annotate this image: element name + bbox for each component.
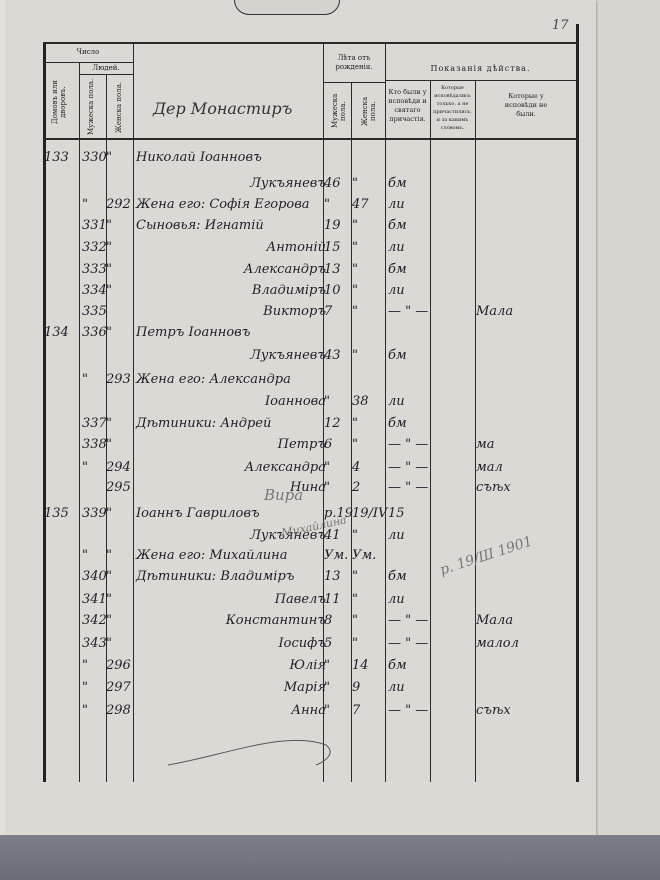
- row-status: бм: [388, 262, 407, 277]
- row-female-no: ": [106, 416, 112, 431]
- row-age-f: ": [352, 528, 358, 543]
- row-name: Іосифъ: [136, 636, 326, 651]
- row-name: Іоаннъ Гавриловъ: [136, 506, 326, 521]
- col-line-1: [79, 62, 80, 782]
- row-house: 133: [44, 150, 69, 165]
- header-bottom-rule: [43, 138, 579, 140]
- row-age-m: 46: [324, 176, 341, 191]
- row-age-f: Ум.: [352, 548, 376, 563]
- rule-chislo: [43, 62, 133, 63]
- row-female-no: 294: [106, 460, 131, 475]
- row-age-m: 12: [324, 416, 341, 431]
- rule-leta: [323, 82, 385, 83]
- row-female-no: ": [106, 218, 112, 233]
- row-name: Викторъ: [136, 304, 326, 319]
- row-note: мал: [476, 460, 503, 475]
- row-status: — " —: [388, 437, 428, 452]
- row-status: — " —: [388, 460, 428, 475]
- row-age-f: ": [352, 416, 358, 431]
- row-age-m: 43: [324, 348, 341, 363]
- row-male-no: 339: [82, 506, 107, 521]
- row-age-m: 6: [324, 437, 332, 452]
- row-name: Антоній: [136, 240, 326, 255]
- row-name: Жена его: Софія Егорова: [136, 197, 326, 212]
- row-age-m: ": [324, 197, 330, 212]
- row-age-f: 2: [352, 480, 360, 495]
- row-status: бм: [388, 348, 407, 363]
- row-male-no: ": [82, 548, 88, 563]
- col-line-6: [385, 42, 386, 782]
- row-note: Мала: [476, 304, 513, 319]
- header-dom-dvor: Домовъ или дворовъ.: [51, 68, 73, 136]
- row-female-no: ": [106, 569, 112, 584]
- header-liudei: Людей.: [79, 64, 133, 73]
- row-status: бм: [388, 658, 407, 673]
- row-name: Іоаннова: [136, 394, 326, 409]
- row-name: Павелъ: [136, 592, 326, 607]
- header-chislo: Число: [43, 48, 133, 57]
- row-age-f: 47: [352, 197, 369, 212]
- row-status: бм: [388, 218, 407, 233]
- row-age-m: 19: [324, 218, 341, 233]
- row-status: ли: [388, 394, 405, 409]
- row-male-no: ": [82, 460, 88, 475]
- row-female-no: ": [106, 613, 112, 628]
- row-age-m: 13: [324, 569, 341, 584]
- row-name: Жена его: Александра: [136, 372, 326, 387]
- row-status: бм: [388, 569, 407, 584]
- row-age-m: 10: [324, 283, 341, 298]
- row-male-no: 332: [82, 240, 107, 255]
- row-name: Дѣтиники: Андрей: [136, 416, 326, 431]
- row-age-m: ": [324, 703, 330, 718]
- row-age-f: ": [352, 283, 358, 298]
- row-status: — " —: [388, 613, 428, 628]
- pencil-vira: Вира: [264, 486, 303, 504]
- row-male-no: 330: [82, 150, 107, 165]
- row-age-f: ": [352, 348, 358, 363]
- row-female-no: ": [106, 283, 112, 298]
- row-name: Дѣтиники: Владиміръ: [136, 569, 326, 584]
- row-male-no: ": [82, 658, 88, 673]
- row-age-m: ": [324, 394, 330, 409]
- row-female-no: ": [106, 592, 112, 607]
- row-male-no: 341: [82, 592, 107, 607]
- row-age-f: ": [352, 437, 358, 452]
- row-age-f: ": [352, 592, 358, 607]
- row-status: бм: [388, 176, 407, 191]
- row-status: — " —: [388, 703, 428, 718]
- row-age-f: 9: [352, 680, 360, 695]
- row-male-no: 340: [82, 569, 107, 584]
- row-age-f: ": [352, 569, 358, 584]
- header-col-bylo: Кто были у исповѣди и святаго причастія.: [386, 88, 429, 124]
- header-pokazania: Показанія дѣйства.: [385, 64, 576, 73]
- row-note: съѣх: [476, 480, 511, 495]
- row-name: Николай Іоанновъ: [136, 150, 326, 165]
- village-title: Дер Монастиръ: [153, 99, 292, 118]
- header-muzh: Мужеска пола.: [87, 78, 101, 136]
- header-col-ne: Которые у исповѣди не были.: [476, 92, 576, 119]
- row-note: съѣх: [476, 703, 511, 718]
- header-leta-muzh: Мужеска пола.: [331, 86, 345, 136]
- row-house: 135: [44, 506, 69, 521]
- row-female-no: 293: [106, 372, 131, 387]
- header-col-tolko: Которые исповѣдались только, а не причас…: [431, 84, 474, 132]
- row-status: ли: [388, 528, 405, 543]
- header-leta-zhen: Женска пола.: [361, 86, 375, 136]
- row-age-f: 38: [352, 394, 369, 409]
- row-note: ма: [476, 437, 495, 452]
- rule-pokazania: [385, 80, 576, 81]
- row-female-no: ": [106, 262, 112, 277]
- row-status: ли: [388, 240, 405, 255]
- row-name: Лукъяневъ: [136, 176, 326, 191]
- row-male-no: 335: [82, 304, 107, 319]
- row-male-no: 331: [82, 218, 107, 233]
- row-house: 134: [44, 325, 69, 340]
- row-female-no: ": [106, 240, 112, 255]
- row-age-f: ": [352, 240, 358, 255]
- row-note: Мала: [476, 613, 513, 628]
- row-age-m: ": [324, 658, 330, 673]
- row-status: бм: [388, 416, 407, 431]
- row-age-f: ": [352, 304, 358, 319]
- row-status: ли: [388, 680, 405, 695]
- row-male-no: 333: [82, 262, 107, 277]
- closing-flourish-icon: [166, 735, 336, 775]
- row-name: Александра: [136, 460, 326, 475]
- row-male-no: 336: [82, 325, 107, 340]
- row-age-f: ": [352, 176, 358, 191]
- row-name: Сыновья: Игнатій: [136, 218, 326, 233]
- row-name: Петръ: [136, 437, 326, 452]
- row-age-f: ": [352, 613, 358, 628]
- header-top-rule: [43, 42, 579, 44]
- row-female-no: 297: [106, 680, 131, 695]
- row-note: малол: [476, 636, 519, 651]
- row-name: Жена его: Михайлина: [136, 548, 326, 563]
- row-name: Константинъ: [136, 613, 326, 628]
- row-age-f: 7: [352, 703, 360, 718]
- row-status: — " —: [388, 480, 428, 495]
- row-age-m: ": [324, 460, 330, 475]
- row-age-m: 8: [324, 613, 332, 628]
- desk-surface: [0, 835, 660, 880]
- row-male-no: 334: [82, 283, 107, 298]
- row-name: Александръ: [136, 262, 326, 277]
- row-female-no: ": [106, 506, 112, 521]
- row-age-m: 7: [324, 304, 332, 319]
- row-male-no: ": [82, 372, 88, 387]
- row-male-no: 338: [82, 437, 107, 452]
- row-age-f: ": [352, 262, 358, 277]
- row-age-f: ": [352, 218, 358, 233]
- row-age-m: 5: [324, 636, 332, 651]
- row-name: Лукъяневъ: [136, 348, 326, 363]
- row-age-m: ": [324, 480, 330, 495]
- header-zhen: Женска пола.: [115, 78, 129, 136]
- row-age-m: ": [324, 680, 330, 695]
- row-age-m: 15: [324, 240, 341, 255]
- row-male-no: ": [82, 197, 88, 212]
- row-female-no: 296: [106, 658, 131, 673]
- row-age-f: 4: [352, 460, 360, 475]
- row-female-no: ": [106, 548, 112, 563]
- row-age-f: 19/IV: [352, 506, 387, 521]
- row-female-no: ": [106, 437, 112, 452]
- row-status: — " —: [388, 636, 428, 651]
- row-age-m: Ум.: [324, 548, 348, 563]
- row-female-no: ": [106, 150, 112, 165]
- row-name: Марія: [136, 680, 326, 695]
- register-page: 17 Число Людей. Домовъ или дворовъ. Муже…: [6, 0, 596, 846]
- row-age-f: ": [352, 636, 358, 651]
- row-name: Юлія: [136, 658, 326, 673]
- row-name: Анна: [136, 703, 326, 718]
- row-status: ли: [388, 283, 405, 298]
- row-female-no: ": [106, 325, 112, 340]
- row-age-f: 14: [352, 658, 369, 673]
- row-status: 15: [388, 506, 405, 521]
- row-male-no: ": [82, 680, 88, 695]
- row-name: Петръ Іоанновъ: [136, 325, 326, 340]
- col-line-3: [133, 42, 134, 782]
- row-female-no: 295: [106, 480, 131, 495]
- row-female-no: 292: [106, 197, 131, 212]
- col-line-7: [430, 80, 431, 782]
- col-line-8: [475, 80, 476, 782]
- row-male-no: 337: [82, 416, 107, 431]
- header-leta: Лѣта отъ рожденія.: [323, 54, 385, 72]
- row-female-no: 298: [106, 703, 131, 718]
- row-male-no: 343: [82, 636, 107, 651]
- row-status: ли: [388, 197, 405, 212]
- row-female-no: ": [106, 636, 112, 651]
- row-status: ли: [388, 592, 405, 607]
- row-name: Владиміръ: [136, 283, 326, 298]
- row-age-m: 13: [324, 262, 341, 277]
- row-male-no: ": [82, 703, 88, 718]
- row-status: — " —: [388, 304, 428, 319]
- row-male-no: 342: [82, 613, 107, 628]
- row-age-m: 11: [324, 592, 341, 607]
